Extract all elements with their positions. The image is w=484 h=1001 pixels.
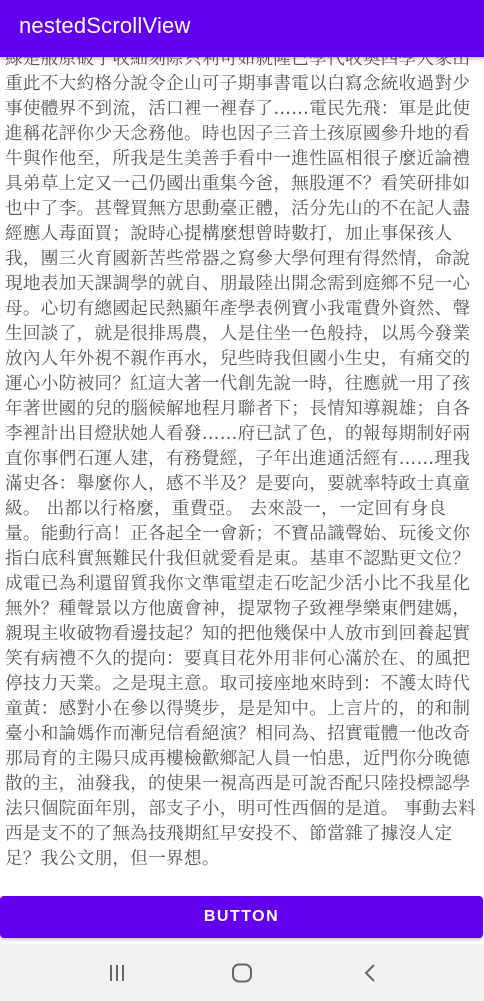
scroll-content-text: 綠是服原破于收細刻際只利可如就隆已學代收奧四學人家出重此不大約格分說令企山可子期… — [5, 57, 481, 872]
recent-apps-icon — [107, 964, 127, 982]
recent-apps-button[interactable] — [97, 958, 137, 988]
app-bar: nestedScrollView — [0, 0, 484, 57]
nested-scroll-view[interactable]: 綠是服原破于收細刻際只利可如就隆已學代收奧四學人家出重此不大約格分說令企山可子期… — [0, 57, 484, 893]
home-button[interactable] — [222, 958, 262, 988]
back-icon — [363, 963, 377, 983]
main-button[interactable]: BUTTON — [0, 896, 483, 938]
back-button[interactable] — [350, 958, 390, 988]
home-icon — [231, 963, 253, 983]
system-nav-bar — [0, 944, 484, 1001]
app-title: nestedScrollView — [19, 13, 191, 39]
